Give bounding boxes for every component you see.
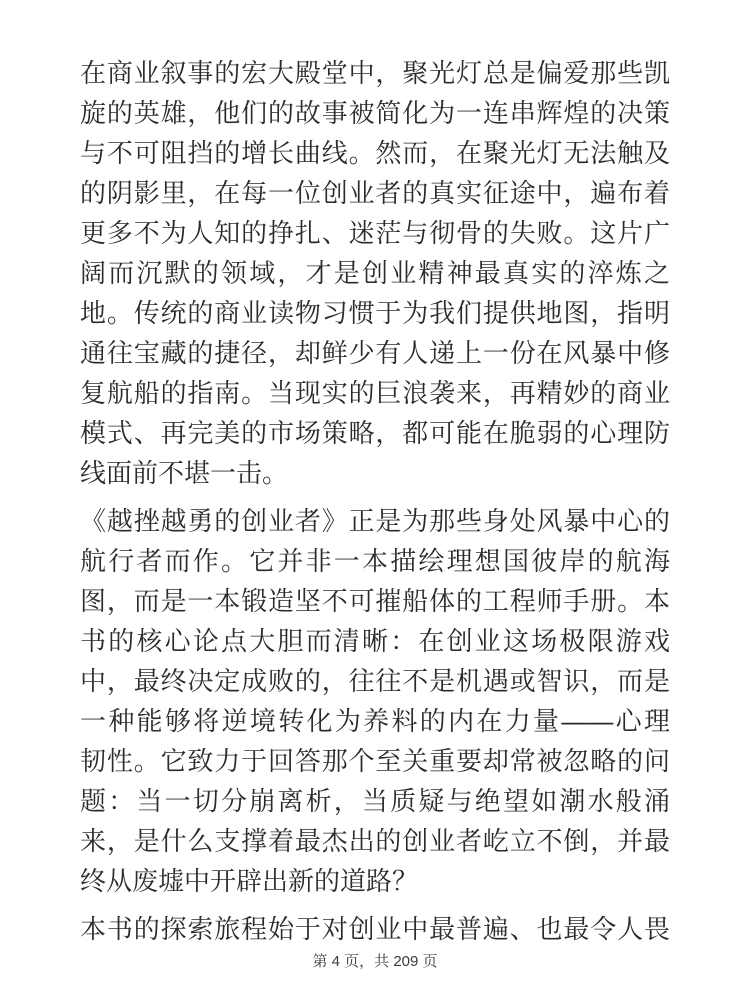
text-line: 阔而沉默的领域，才是创业精神最真实的淬炼之 <box>80 253 670 293</box>
text-line: 复航船的指南。当现实的巨浪袭来，再精妙的商业 <box>80 373 670 413</box>
text-line: 《越挫越勇的创业者》正是为那些身处风暴中心的 <box>80 501 670 541</box>
text-line: 图，而是一本锻造坚不可摧船体的工程师手册。本 <box>80 581 670 621</box>
text-line: 题：当一切分崩离析，当质疑与绝望如潮水般涌 <box>80 781 670 821</box>
text-line: 通往宝藏的捷径，却鲜少有人递上一份在风暴中修 <box>80 333 670 373</box>
text-line: 更多不为人知的挣扎、迷茫与彻骨的失败。这片广 <box>80 213 670 253</box>
text-line: 在商业叙事的宏大殿堂中，聚光灯总是偏爱那些凯 <box>80 53 670 93</box>
text-line: 地。传统的商业读物习惯于为我们提供地图，指明 <box>80 293 670 333</box>
text-line: 本书的探索旅程始于对创业中最普遍、也最令人畏 <box>80 909 670 949</box>
text-line: 航行者而作。它并非一本描绘理想国彼岸的航海 <box>80 541 670 581</box>
text-line: 韧性。它致力于回答那个至关重要却常被忽略的问 <box>80 741 670 781</box>
text-line: 与不可阻挡的增长曲线。然而，在聚光灯无法触及 <box>80 133 670 173</box>
paragraph: 本书的探索旅程始于对创业中最普遍、也最令人畏 <box>80 909 670 949</box>
page-number-indicator: 第 4 页，共 209 页 <box>0 952 750 972</box>
text-line: 书的核心论点大胆而清晰：在创业这场极限游戏 <box>80 621 670 661</box>
text-line: 线面前不堪一击。 <box>80 453 670 493</box>
text-line: 旋的英雄，他们的故事被简化为一连串辉煌的决策 <box>80 93 670 133</box>
document-page: 在商业叙事的宏大殿堂中，聚光灯总是偏爱那些凯旋的英雄，他们的故事被简化为一连串辉… <box>0 0 750 1000</box>
text-line: 来，是什么支撑着最杰出的创业者屹立不倒，并最 <box>80 821 670 861</box>
paragraph: 在商业叙事的宏大殿堂中，聚光灯总是偏爱那些凯旋的英雄，他们的故事被简化为一连串辉… <box>80 53 670 493</box>
text-line: 模式、再完美的市场策略，都可能在脆弱的心理防 <box>80 413 670 453</box>
text-line: 一种能够将逆境转化为养料的内在力量——心理 <box>80 701 670 741</box>
text-line: 终从废墟中开辟出新的道路？ <box>80 861 670 901</box>
text-line: 的阴影里，在每一位创业者的真实征途中，遍布着 <box>80 173 670 213</box>
document-body: 在商业叙事的宏大殿堂中，聚光灯总是偏爱那些凯旋的英雄，他们的故事被简化为一连串辉… <box>80 53 670 957</box>
paragraph: 《越挫越勇的创业者》正是为那些身处风暴中心的航行者而作。它并非一本描绘理想国彼岸… <box>80 501 670 901</box>
text-line: 中，最终决定成败的，往往不是机遇或智识，而是 <box>80 661 670 701</box>
